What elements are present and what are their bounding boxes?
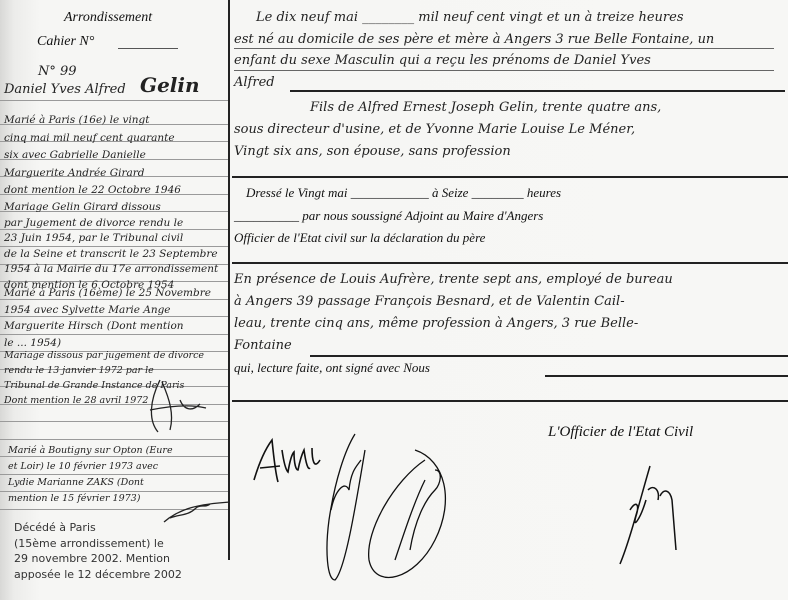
text-rule <box>234 70 774 71</box>
note-line: mention le 15 février 1973) <box>8 491 173 507</box>
text-rule <box>234 48 774 49</box>
fill-line <box>310 355 788 357</box>
signature-officer-icon <box>610 460 690 570</box>
officer-label: L'Officier de l'Etat Civil <box>548 424 693 441</box>
note-line: Mariage dissous par jugement de divorce <box>4 348 204 363</box>
note-line: Mariage Gelin Girard dissous <box>4 200 218 216</box>
signature-cailleau: Cailleau <box>380 500 383 501</box>
note-line: Marié à Paris (16e) le vingt <box>4 112 181 130</box>
witness-line-2: à Angers 39 passage François Besnard, et… <box>234 294 625 309</box>
note-line: Marguerite Hirsch (Dont mention <box>4 318 211 335</box>
witness-line-1: En présence de Louis Aufrère, trente sep… <box>234 272 673 287</box>
witness-line-4: Fontaine <box>234 338 292 353</box>
column-divider <box>228 0 230 560</box>
note-line: cinq mai mil neuf cent quarante <box>4 130 181 148</box>
note-line: 23 Juin 1954, par le Tribunal civil <box>4 231 218 247</box>
margin-note-death: Décédé à Paris (15ème arrondissement) le… <box>14 520 182 582</box>
note-line: (15ème arrondissement) le <box>14 536 182 552</box>
civil-record-page: Arrondissement Cahier N° N° 99 Daniel Yv… <box>0 0 788 600</box>
subject-given-names: Daniel Yves Alfred <box>4 82 126 97</box>
witness-line-3: leau, trente cinq ans, même profession à… <box>234 316 638 331</box>
signature-cailleau-icon <box>355 440 465 590</box>
section-divider <box>232 176 788 178</box>
parents-line-3: Vingt six ans, son épouse, sans professi… <box>234 144 511 159</box>
margin-note-marriage-2: Marié à Paris (16ème) le 25 Novembre 195… <box>4 285 211 351</box>
cahier-label: Cahier N° <box>37 34 94 50</box>
signature-gelin: A Gelin <box>250 500 253 501</box>
margin-note-marriage-3: Marié à Boutigny sur Opton (Eure et Loir… <box>8 443 173 507</box>
note-line: Marguerite Andrée Girard <box>4 165 181 183</box>
parents-line-2: sous directeur d'usine, et de Yvonne Mar… <box>234 122 635 137</box>
note-line: apposée le 12 décembre 2002 <box>14 567 182 583</box>
note-line: Marié à Paris (16ème) le 25 Novembre <box>4 285 211 302</box>
margin-paraph-icon <box>140 370 210 440</box>
section-divider <box>232 262 788 264</box>
birth-line-3: enfant du sexe Masculin qui a reçu les p… <box>234 53 651 68</box>
note-line: par Jugement de divorce rendu le <box>4 216 218 232</box>
note-line: Décédé à Paris <box>14 520 182 536</box>
margin-note-marriage-1: Marié à Paris (16e) le vingt cinq mai mi… <box>4 112 181 200</box>
birth-line-1: Le dix neuf mai ________ mil neuf cent v… <box>256 10 684 25</box>
margin-rule <box>0 100 228 101</box>
note-line: six avec Gabrielle Danielle <box>4 147 181 165</box>
act-number: N° 99 <box>38 64 77 79</box>
drawn-line-1: Dressé le Vingt mai ____________ à Seize… <box>246 185 561 201</box>
signature-aufrere: Aufrère <box>320 500 323 501</box>
subject-surname: Gelin <box>140 73 200 97</box>
birth-line-4: Alfred <box>234 75 275 90</box>
signature-officer: J. Lhuer <box>640 500 643 501</box>
section-divider <box>232 400 788 402</box>
fill-line <box>290 90 785 92</box>
fill-line <box>545 375 788 377</box>
drawn-line-3: Officier de l'Etat civil sur la déclarat… <box>234 230 485 246</box>
note-line: 1954 à la Mairie du 17e arrondissement <box>4 262 218 278</box>
margin-note-divorce-1: Mariage Gelin Girard dissous par Jugemen… <box>4 200 218 293</box>
margin-paraph-icon <box>160 498 240 528</box>
birth-line-2: est né au domicile de ses père et mère à… <box>234 32 714 47</box>
note-line: de la Seine et transcrit le 23 Septembre <box>4 247 218 263</box>
parents-line-1: Fils de Alfred Ernest Joseph Gelin, tren… <box>310 100 661 115</box>
arrondissement-label: Arrondissement <box>64 10 152 26</box>
note-line: 1954 avec Sylvette Marie Ange <box>4 302 211 319</box>
note-line: et Loir) le 10 février 1973 avec <box>8 459 173 475</box>
note-line: Lydie Marianne ZAKS (Dont <box>8 475 173 491</box>
witness-line-5: qui, lecture faite, ont signé avec Nous <box>234 360 430 376</box>
note-line: Marié à Boutigny sur Opton (Eure <box>8 443 173 459</box>
note-line: 29 novembre 2002. Mention <box>14 551 182 567</box>
drawn-line-2: __________ par nous soussigné Adjoint au… <box>234 208 543 224</box>
note-line: dont mention le 22 Octobre 1946 <box>4 182 181 200</box>
cahier-number-line <box>118 48 178 49</box>
